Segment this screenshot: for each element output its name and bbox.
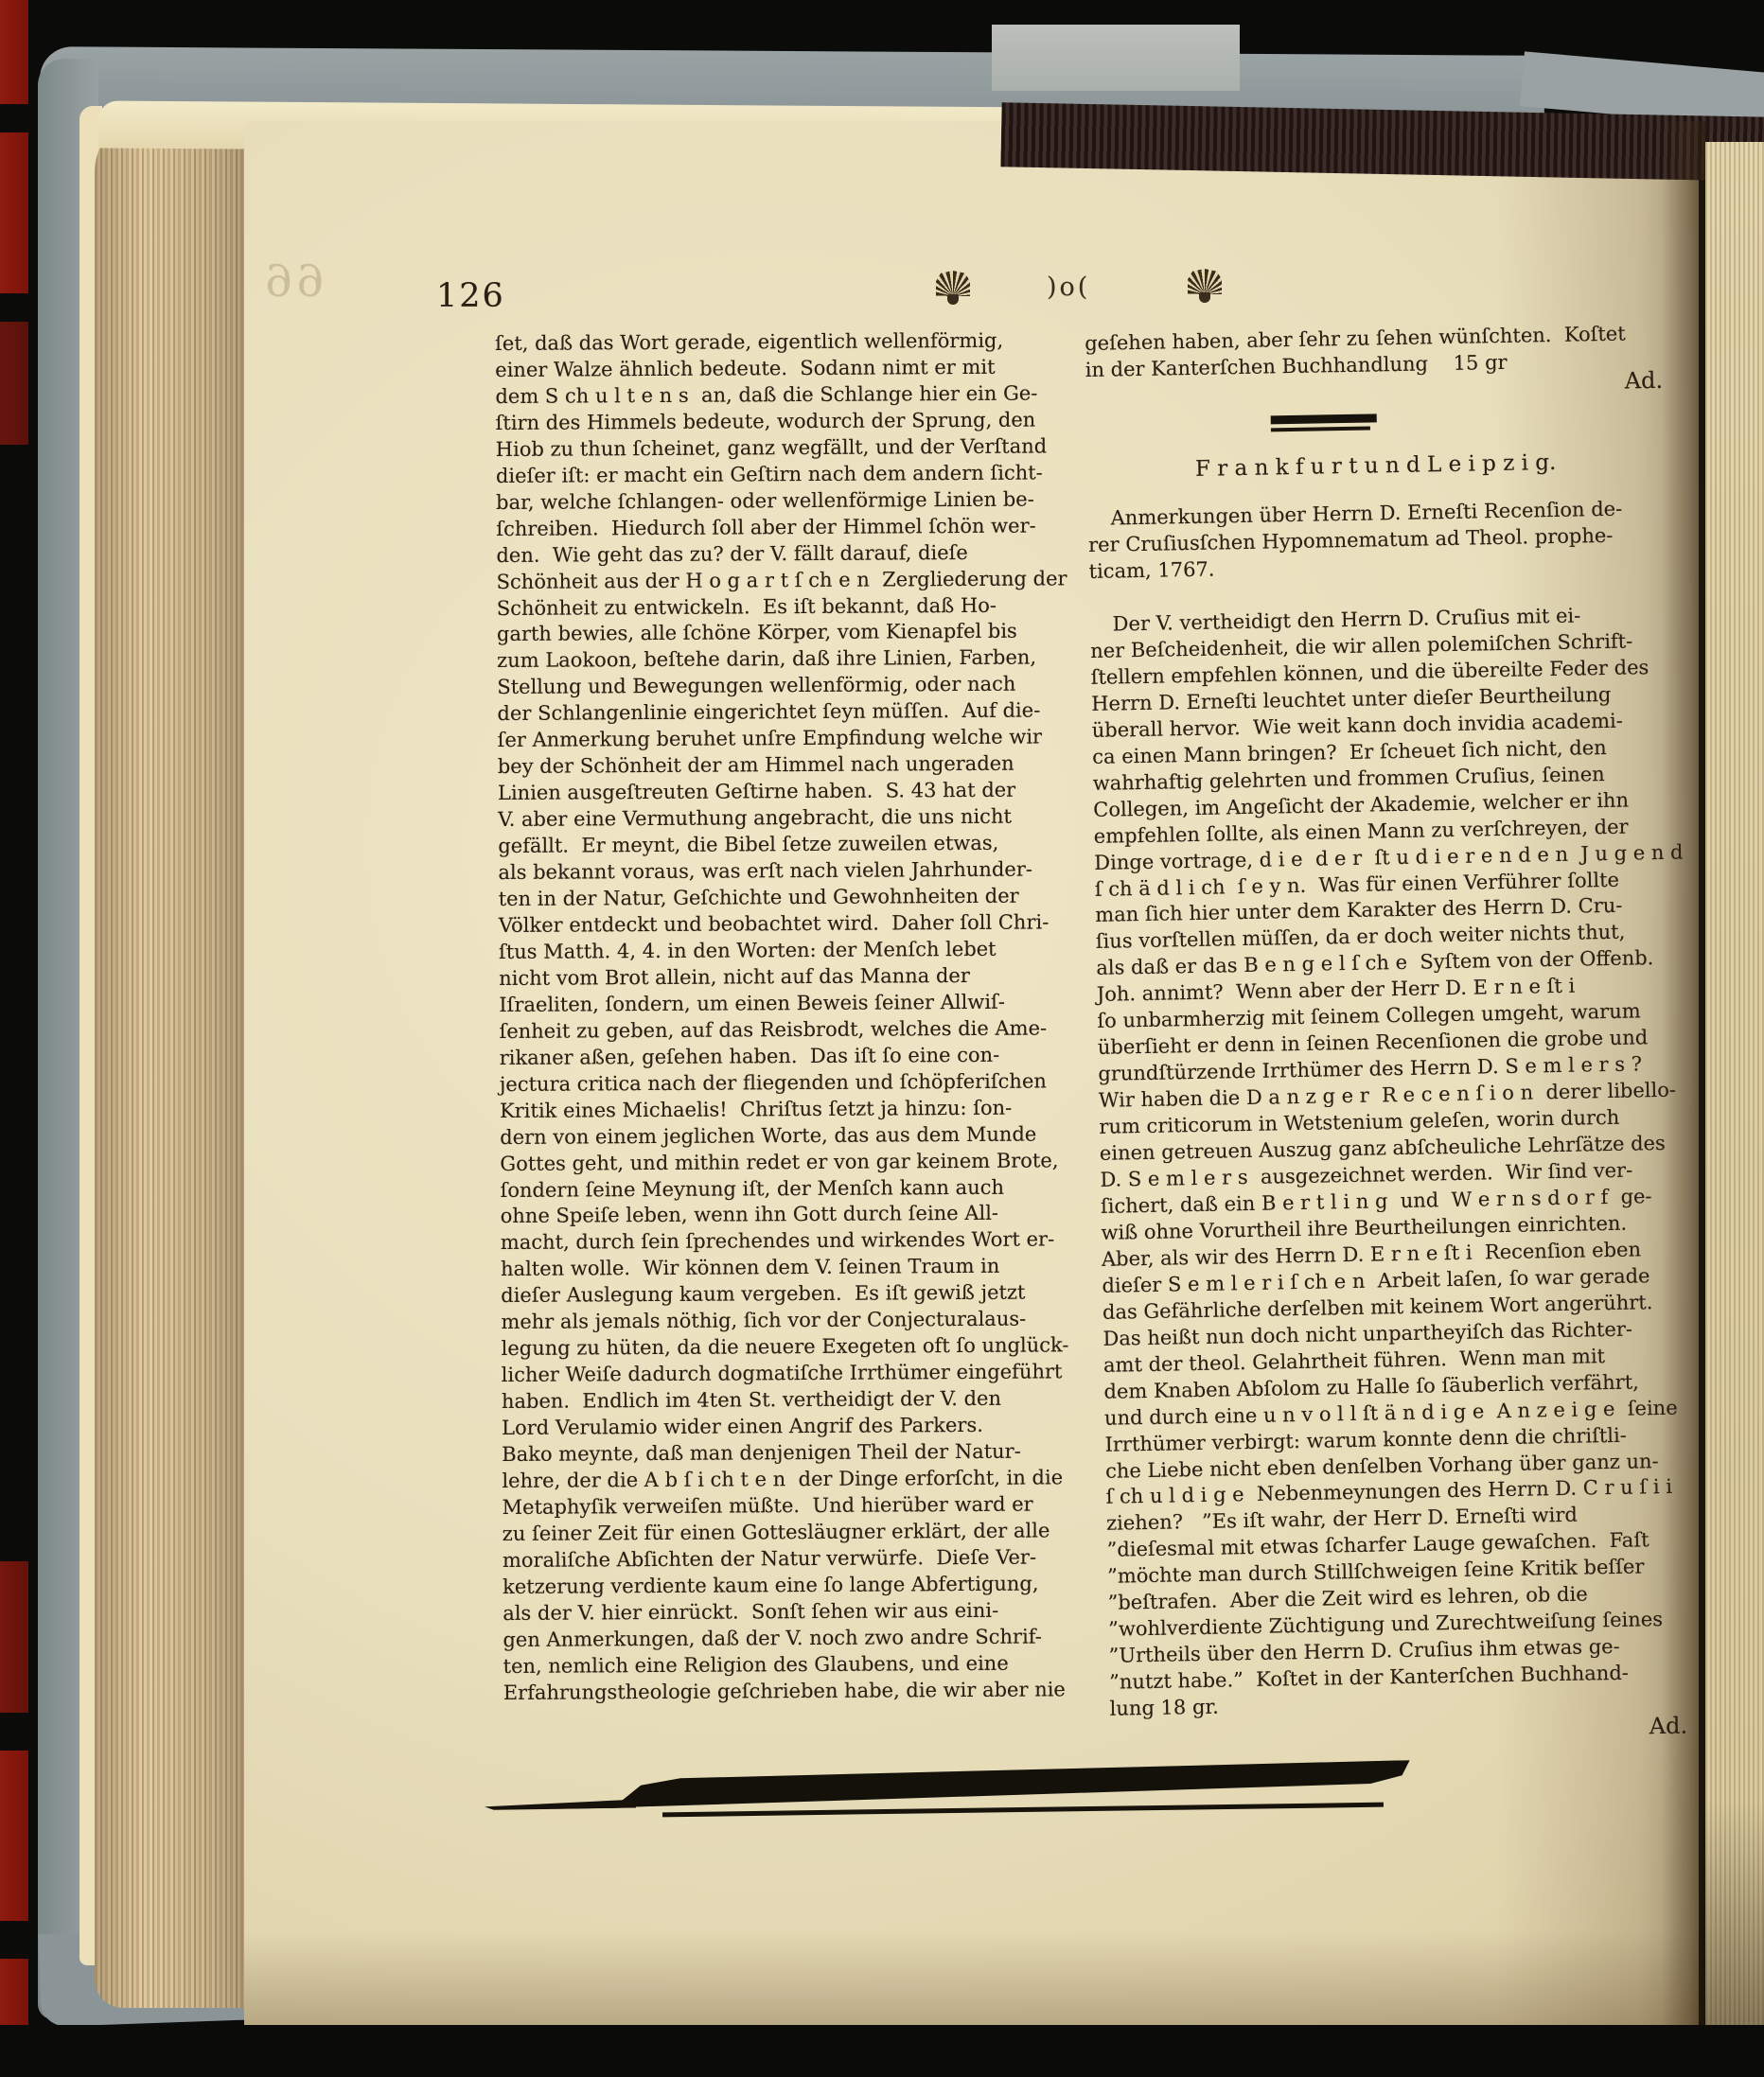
text-line: Schönheit zu entwickeln. Es iſt bekannt,… xyxy=(497,592,1082,623)
book-photo-scene: { "colors": { "paper": "#e9dfbd", "ink":… xyxy=(0,0,1764,2077)
text-line: bey der Schönheit der am Himmel nach ung… xyxy=(498,750,1083,781)
text-line: gen Anmerkungen, daß der V. noch zwo and… xyxy=(503,1624,1087,1654)
text-line: ohne Speiſe leben, wenn ihn Gott durch ſ… xyxy=(501,1201,1085,1231)
photo-background xyxy=(0,2025,1764,2077)
text-line: Erfahrungstheologie geſchrieben habe, di… xyxy=(503,1677,1088,1707)
fleuron-ornament-icon xyxy=(1185,269,1225,303)
section-divider-rule xyxy=(1271,414,1377,431)
text-line: bar, welche ſchlangen- oder wellenförmig… xyxy=(496,486,1081,517)
text-line: Gottes geht, und mithin redet er von gar… xyxy=(500,1148,1085,1178)
text-line: dieſer iſt: er macht ein Geſtirn nach de… xyxy=(496,460,1081,490)
text-line: Völker entdeckt und beobachtet wird. Dah… xyxy=(499,909,1084,940)
film-edge-mark xyxy=(0,132,28,293)
review-item-title: Anmerkungen über Herrn D. Erneſti Recenſ… xyxy=(1087,496,1666,586)
text-line: zu ſeiner Zeit für einen Gottesläugner e… xyxy=(503,1518,1087,1548)
text-line: Kritik eines Michaelis! Chriſtus ſetzt j… xyxy=(500,1095,1085,1125)
text-line: mehr als jemals nöthig, ſich vor der Con… xyxy=(501,1306,1085,1336)
text-line: ten in der Natur, Geſchichte und Gewohnh… xyxy=(499,883,1084,913)
text-line: zum Laokoon, beſtehe darin, daß ihre Lin… xyxy=(497,645,1082,676)
show-through-page-number: 66 xyxy=(261,255,325,307)
text-line: Hiob zu thun ſcheinet, ganz wegfällt, un… xyxy=(496,433,1081,464)
text-line: ketzerung verdiente kaum eine ſo lange A… xyxy=(503,1571,1087,1601)
text-line: jectura critica nach der fliegenden und … xyxy=(500,1068,1085,1099)
text-line: ten, nemlich eine Religion des Glaubens,… xyxy=(503,1650,1088,1681)
text-line: Lord Verulamio wider einen Angrif des Pa… xyxy=(502,1412,1086,1442)
header-signature-mark: )o( xyxy=(1047,273,1090,302)
film-edge-mark xyxy=(0,1751,28,1921)
text-line: dem S ch u l t e n s an, daß die Schlang… xyxy=(495,380,1080,411)
text-line: gefällt. Er meynt, die Bibel ſetze zuwei… xyxy=(498,830,1083,860)
text-line: rikaner aßen, geſehen haben. Das iſt ſo … xyxy=(500,1042,1085,1072)
text-line: den. Wie geht das zu? der V. fällt darau… xyxy=(496,539,1081,570)
text-line: moraliſche Abſichten der Natur verwürfe.… xyxy=(503,1544,1087,1575)
text-line: ſtirn des Himmels bedeute, wodurch der S… xyxy=(496,407,1081,437)
text-line: Iſraeliten, ſondern, um einen Beweis ſei… xyxy=(499,989,1084,1019)
text-line: als der V. hier einrückt. Sonſt ſehen wi… xyxy=(503,1597,1087,1628)
text-line: ſtus Matth. 4, 4. in den Worten: der Men… xyxy=(499,936,1084,966)
page-edges-stack xyxy=(95,112,263,2008)
fleuron-ornament-icon xyxy=(933,271,973,305)
text-line: licher Weiſe dadurch dogmatiſche Irrthüm… xyxy=(502,1359,1086,1389)
text-line: V. aber eine Vermuthung angebracht, die … xyxy=(498,803,1083,834)
review-body-paragraph: Der V. vertheidigt den Herrn D. Cruſius … xyxy=(1089,602,1686,1723)
text-line: dern von einem jeglichen Worte, das aus … xyxy=(500,1121,1085,1152)
text-line: macht, durch ſein ſprechendes und wirken… xyxy=(501,1227,1085,1258)
facing-page-edge xyxy=(1705,142,1764,2027)
text-line: haben. Endlich im 4ten St. vertheidigt d… xyxy=(502,1385,1086,1416)
text-line: nicht vom Brot allein, nicht auf das Man… xyxy=(499,962,1084,993)
text-line: Metaphyſik verweiſen müßte. Und hierüber… xyxy=(503,1491,1087,1522)
text-line: lehre, der die A b ſ i ch t e n der Ding… xyxy=(502,1465,1086,1495)
text-line: als bekannt voraus, was erſt nach vielen… xyxy=(498,856,1083,887)
text-line: Linien ausgeſtreuten Geſtirne haben. S. … xyxy=(498,777,1083,807)
text-line: einer Walze ähnlich bedeute. Sodann nimt… xyxy=(495,354,1080,384)
text-line: Bako meynte, daß man denjenigen Theil de… xyxy=(502,1438,1086,1469)
text-line: Stellung und Bewegungen wellenförmig, od… xyxy=(497,672,1082,702)
text-line: legung zu hüten, da die neuere Exegeten … xyxy=(501,1332,1085,1363)
text-line: Schönheit aus der H o g a r t ſ ch e n Z… xyxy=(497,566,1082,596)
text-line: der Schlangenlinie eingerichtet ſeyn müſ… xyxy=(497,698,1082,729)
film-edge-mark xyxy=(0,0,28,104)
text-line: ſchreiben. Hiedurch ſoll aber der Himmel… xyxy=(496,513,1081,543)
text-line: ſenheit zu geben, auf das Reisbrodt, wel… xyxy=(499,1015,1084,1046)
film-edge-mark xyxy=(0,1561,28,1713)
page-number: 126 xyxy=(436,277,505,315)
binding-headcap xyxy=(992,25,1240,91)
text-line: ſondern ſeine Meynung iſt, der Menſch ka… xyxy=(500,1174,1085,1205)
text-line: halten wolle. Wir können dem V. ſeinen T… xyxy=(501,1254,1085,1284)
film-edge-mark xyxy=(0,322,28,445)
text-line: ſet, daß das Wort gerade, eigentlich wel… xyxy=(495,327,1080,358)
text-line: dieſer Auslegung kaum vergeben. Es iſt g… xyxy=(501,1280,1085,1311)
left-text-column: ſet, daß das Wort gerade, eigentlich wel… xyxy=(495,327,1088,1706)
text-line: ſer Anmerkung beruhet unſre Empfindung w… xyxy=(498,725,1083,755)
text-line: garth bewies, alle ſchöne Körper, vom Ki… xyxy=(497,619,1082,649)
